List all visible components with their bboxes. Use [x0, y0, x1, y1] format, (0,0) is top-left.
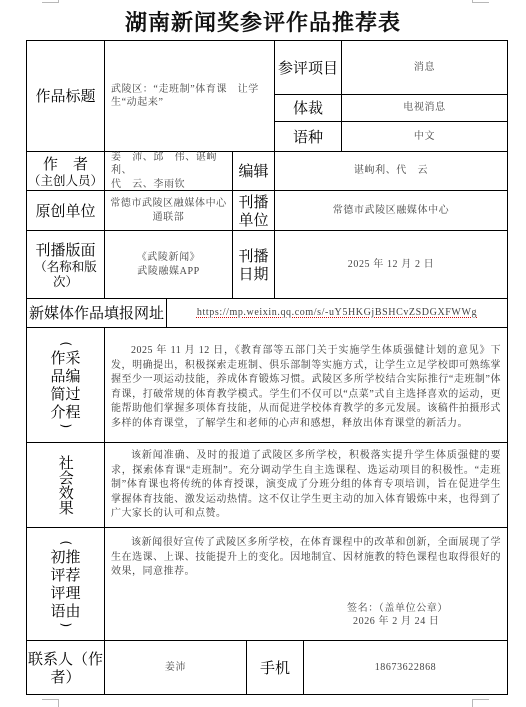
origin-unit-value: 常德市武陵区融媒体中心通联部 [104, 190, 233, 231]
signature-line: 签名：（盖单位公章） [347, 602, 501, 616]
language-label: 语种 [274, 121, 342, 152]
publish-date-label: 刊播日期 [232, 230, 275, 299]
process-label: ( 作采 品编 简过 介程 ) [26, 327, 105, 443]
contact-label: 联系人（作者） [26, 640, 105, 695]
contact-value: 姜沛 [104, 640, 247, 695]
publish-page-label: 刊播版面（名称和版次） [26, 230, 105, 299]
phone-value: 18673622868 [303, 640, 508, 695]
editor-label: 编辑 [232, 151, 275, 191]
process-value: 2025 年 11 月 12 日，《教育部等五部门关于实施学生体质强健计划的意见… [104, 327, 508, 443]
page-corner-mark [472, 0, 489, 3]
phone-label: 手机 [246, 640, 304, 695]
language-value: 中文 [341, 121, 508, 152]
new-media-url-value[interactable]: https://mp.weixin.qq.com/s/-uY5HKGjBSHCv… [166, 298, 508, 328]
genre-value: 电视消息 [341, 94, 508, 122]
author-value: 姜 沛、邱 伟、谌峋利、代 云、李雨钦 [104, 151, 233, 191]
recommendation-date: 2026 年 2 月 24 日 [347, 615, 501, 629]
genre-label: 体裁 [274, 94, 342, 122]
social-effect-value: 该新闻准确、及时的报道了武陵区多所学校，积极落实提升学生体质强健的要求，探索体育… [104, 442, 508, 528]
page-corner-mark [472, 699, 489, 707]
editor-value: 谌峋利、代 云 [274, 151, 508, 191]
recommendation-value: 该新闻很好宣传了武陵区多所学校，在体育课程中的改革和创新，全面展现了学生在选课、… [104, 527, 508, 641]
work-title-value: 武陵区：“走班制”体育课 让学生“动起来” [104, 40, 275, 152]
page-corner-mark [42, 699, 59, 707]
publish-page-value: 《武陵新闻》武陵融媒APP [104, 230, 233, 299]
work-title-label: 作品标题 [26, 40, 105, 152]
category-value: 消息 [341, 40, 508, 95]
publish-unit-value: 常德市武陵区融媒体中心 [274, 190, 508, 231]
new-media-url-link[interactable]: https://mp.weixin.qq.com/s/-uY5HKGjBSHCv… [197, 306, 477, 320]
page-corner-mark [42, 0, 59, 3]
category-label: 参评项目 [274, 40, 342, 95]
origin-unit-label: 原创单位 [26, 190, 105, 231]
document-title: 湖南新闻奖参评作品推荐表 [0, 6, 526, 37]
new-media-url-label: 新媒体作品填报网址 [26, 298, 167, 328]
publish-date-value: 2025 年 12 月 2 日 [274, 230, 508, 299]
recommendation-label: ( 初推 评荐 评理 语由 ) [26, 527, 105, 641]
social-effect-label: 社会效果 [26, 442, 105, 528]
publish-unit-label: 刊播单位 [232, 190, 275, 231]
author-label: 作 者（主创人员） [26, 151, 105, 191]
